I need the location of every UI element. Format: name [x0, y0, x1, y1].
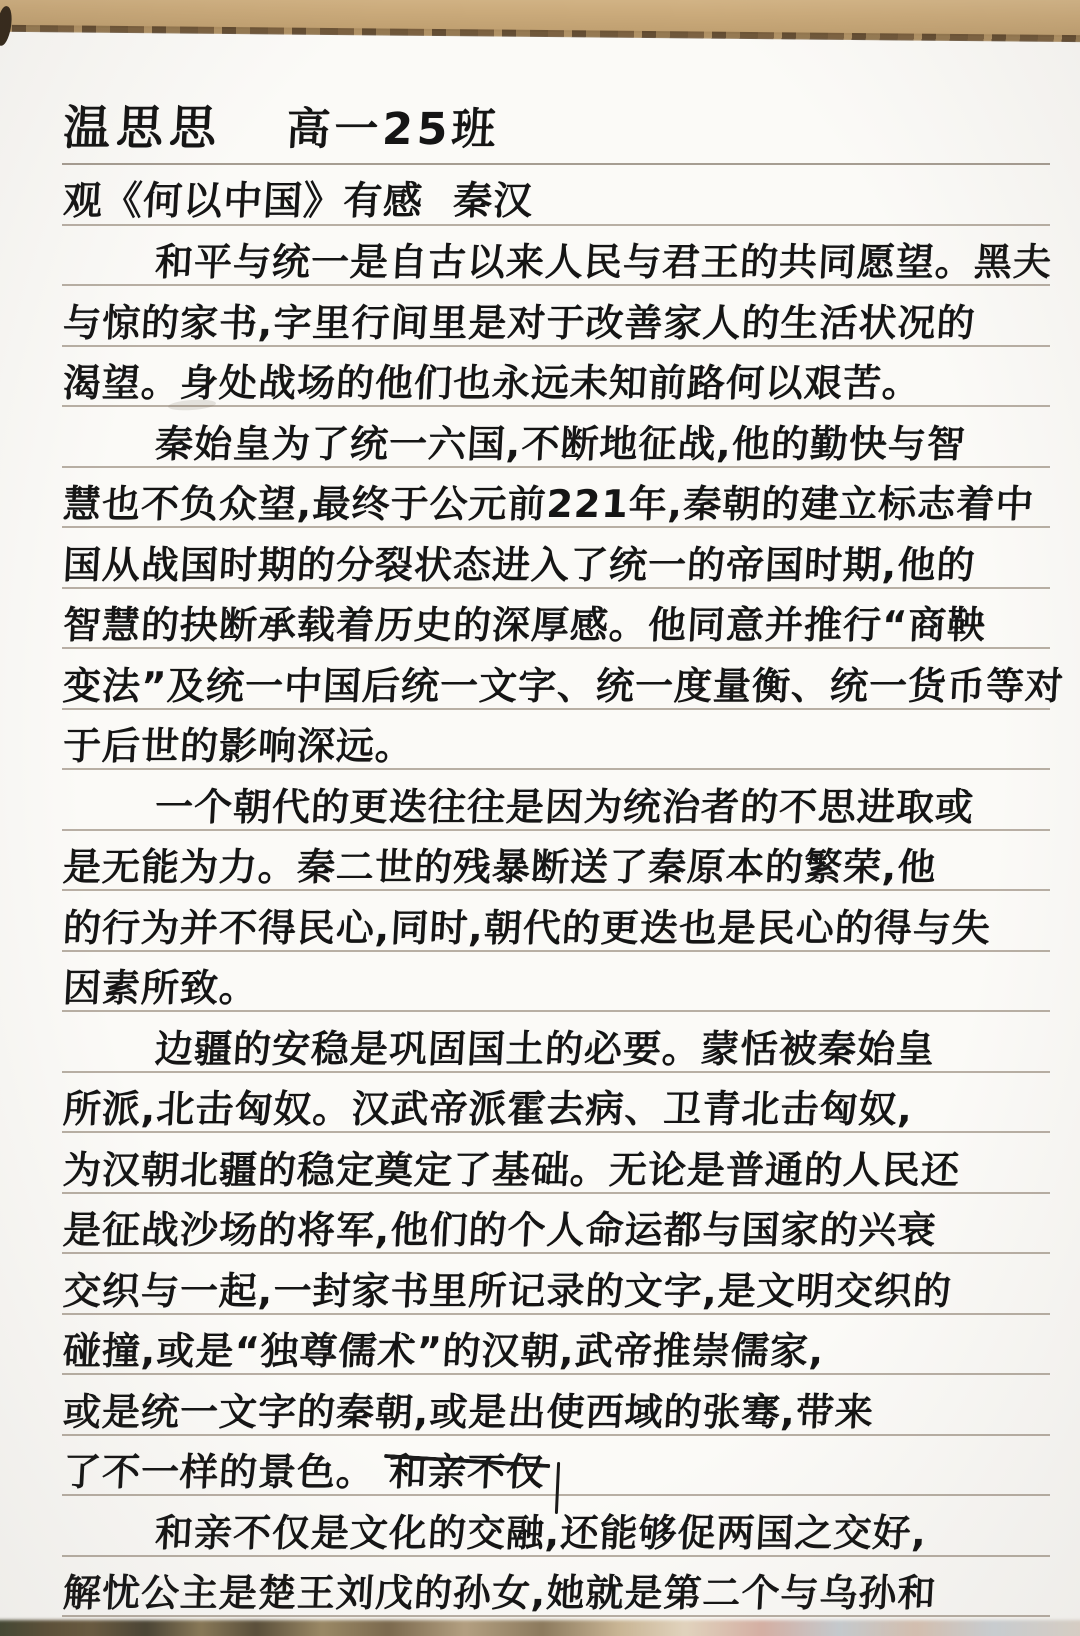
header-row: 温思思 高一25班	[62, 38, 1050, 165]
crossed-out-text: 和亲不仅	[388, 1453, 546, 1493]
table-surface	[0, 1620, 1080, 1636]
line-text: 慧也不负众望,最终于公元前221年,秦朝的建立标志着中	[62, 485, 1035, 525]
handwritten-line: 的行为并不得民心,同时,朝代的更迭也是民心的得与失	[62, 891, 1050, 952]
handwritten-line: 于后世的影响深远。	[62, 710, 1050, 771]
class-name: 高一25班	[285, 107, 501, 153]
line-text: 一个朝代的更迭往往是因为统治者的不思进取或	[154, 788, 975, 828]
line-text: 边疆的安稳是巩固国土的必要。蒙恬被秦始皇	[154, 1030, 936, 1070]
line-text: 国从战国时期的分裂状态进入了统一的帝国时期,他的	[62, 546, 977, 586]
handwritten-line: 一个朝代的更迭往往是因为统治者的不思进取或	[62, 770, 1050, 831]
line-text: 于后世的影响深远。	[62, 727, 415, 767]
handwritten-line: 碰撞,或是“独尊儒术”的汉朝,武帝推崇儒家,	[62, 1315, 1050, 1376]
line-text: 因素所致。	[62, 969, 259, 1009]
handwritten-line: 或是统一文字的秦朝,或是出使西域的张骞,带来	[62, 1375, 1050, 1436]
line-text: 碰撞,或是“独尊儒术”的汉朝,武帝推崇儒家,	[62, 1332, 825, 1372]
handwritten-line: 和平与统一是自古以来人民与君王的共同愿望。黑夫	[62, 226, 1050, 287]
handwritten-line: 变法”及统一中国后统一文字、统一度量衡、统一货币等对	[62, 649, 1050, 710]
handwritten-line: 因素所致。	[62, 952, 1050, 1013]
line-text: 与惊的家书,字里行间里是对于改善家人的生活状况的	[62, 304, 977, 344]
handwritten-line: 智慧的抉断承载着历史的深厚感。他同意并推行“商鞅	[62, 589, 1050, 650]
handwritten-line: 解忧公主是楚王刘戊的孙女,她就是第二个与乌孙和	[62, 1557, 1050, 1618]
line-text: 交织与一起,一封家书里所记录的文字,是文明交织的	[62, 1272, 953, 1312]
handwritten-line: 交织与一起,一封家书里所记录的文字,是文明交织的	[62, 1254, 1050, 1315]
line-text: 是征战沙场的将军,他们的个人命运都与国家的兴衰	[62, 1211, 938, 1251]
handwritten-line: 渴望。身处战场的他们也永远未知前路何以艰苦。	[62, 347, 1050, 408]
torn-notebook-edge	[0, 0, 1080, 41]
line-text: 解忧公主是楚王刘戊的孙女,她就是第二个与乌孙和	[62, 1574, 938, 1614]
handwritten-line: 为汉朝北疆的稳定奠定了基础。无论是普通的人民还	[62, 1133, 1050, 1194]
line-text: 或是统一文字的秦朝,或是出使西域的张骞,带来	[62, 1393, 875, 1433]
line-text: 是无能为力。秦二世的残暴断送了秦原本的繁荣,他	[62, 848, 938, 888]
line-text: 和亲不仅是文化的交融,还能够促两国之交好,	[154, 1514, 928, 1554]
essay-subtitle: 秦汉	[452, 182, 534, 223]
handwritten-line: 与惊的家书,字里行间里是对于改善家人的生活状况的	[62, 286, 1050, 347]
handwritten-line: 是征战沙场的将军,他们的个人命运都与国家的兴衰	[62, 1194, 1050, 1255]
handwritten-line: 国从战国时期的分裂状态进入了统一的帝国时期,他的	[62, 528, 1050, 589]
handwritten-line: 是无能为力。秦二世的残暴断送了秦原本的繁荣,他	[62, 831, 1050, 892]
handwritten-line: 所派,北击匈奴。汉武帝派霍去病、卫青北击匈奴,	[62, 1073, 1050, 1134]
title-row: 观《何以中国》有感 秦汉	[62, 165, 1050, 226]
line-text: 了不一样的景色。	[62, 1453, 376, 1493]
handwritten-line: 慧也不负众望,最终于公元前221年,秦朝的建立标志着中	[62, 468, 1050, 529]
handwritten-line: 边疆的安稳是巩固国土的必要。蒙恬被秦始皇	[62, 1012, 1050, 1073]
student-name: 温思思	[62, 104, 224, 153]
essay-title: 观《何以中国》有感	[62, 182, 424, 223]
notebook-page: 温思思 高一25班 观《何以中国》有感 秦汉 和平与统一是自古以来人民与君王的共…	[0, 38, 1080, 1617]
line-text: 和平与统一是自古以来人民与君王的共同愿望。黑夫	[154, 243, 1053, 283]
line-text: 所派,北击匈奴。汉武帝派霍去病、卫青北击匈奴,	[62, 1090, 914, 1130]
photo-of-handwritten-essay: 温思思 高一25班 观《何以中国》有感 秦汉 和平与统一是自古以来人民与君王的共…	[0, 0, 1080, 1636]
line-text: 为汉朝北疆的稳定奠定了基础。无论是普通的人民还	[62, 1151, 961, 1191]
handwritten-line: 秦始皇为了统一六国,不断地征战,他的勤快与智	[62, 407, 1050, 468]
line-text: 渴望。身处战场的他们也永远未知前路何以艰苦。	[62, 364, 922, 404]
line-text: 秦始皇为了统一六国,不断地征战,他的勤快与智	[154, 425, 967, 465]
line-text: 的行为并不得民心,同时,朝代的更迭也是民心的得与失	[62, 909, 992, 949]
essay-body: 和平与统一是自古以来人民与君王的共同愿望。黑夫与惊的家书,字里行间里是对于改善家…	[62, 226, 1050, 1618]
line-text: 变法”及统一中国后统一文字、统一度量衡、统一货币等对	[62, 667, 1065, 707]
line-text: 智慧的抉断承载着历史的深厚感。他同意并推行“商鞅	[62, 606, 987, 646]
